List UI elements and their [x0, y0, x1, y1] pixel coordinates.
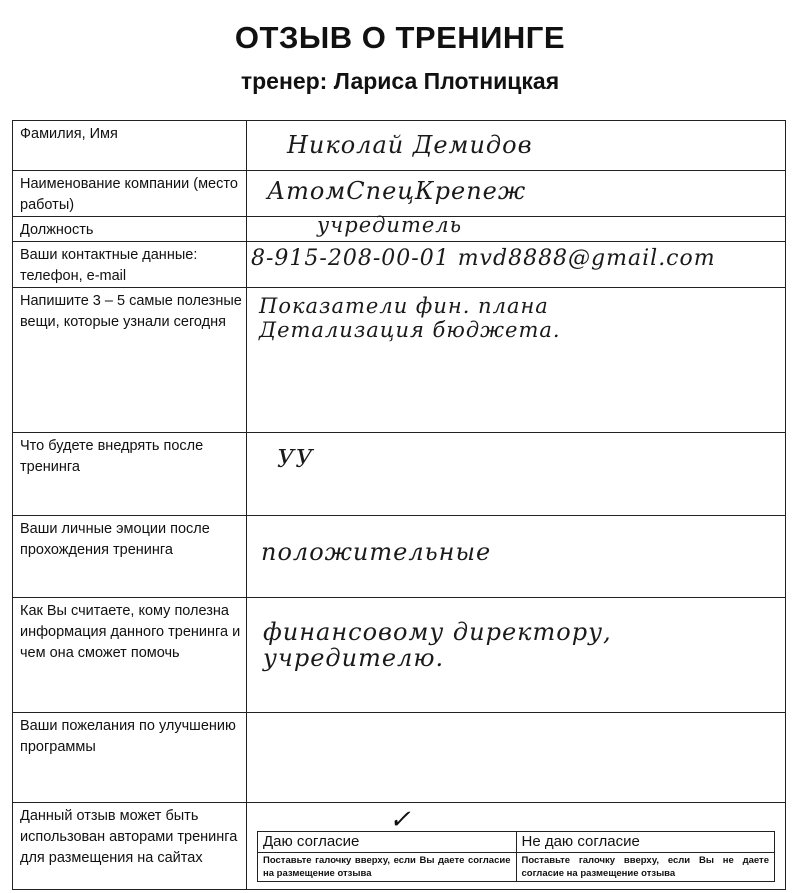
field-contacts[interactable]: 8-915-208-00-01 mvd8888@gmail.com: [247, 242, 786, 288]
answer-contacts: 8-915-208-00-01 mvd8888@gmail.com: [251, 246, 716, 271]
label-contacts: Ваши контактные данные: телефон, e-mail: [13, 242, 247, 288]
label-implement: Что будете внедрять после тренинга: [13, 433, 247, 516]
answer-useful-for-line2: учредителю.: [263, 644, 444, 672]
row-consent: Данный отзыв может быть использован авто…: [13, 803, 786, 890]
label-useful-for: Как Вы считаете, кому полезна информация…: [13, 598, 247, 713]
consent-disagree-option[interactable]: Не даю согласие: [516, 832, 775, 853]
field-company[interactable]: АтомСпецКрепеж: [247, 171, 786, 217]
answer-full-name: Николай Демидов: [287, 131, 533, 159]
answer-implement: УУ: [277, 445, 314, 473]
answer-useful-things-line1: Показатели фин. плана: [259, 294, 549, 318]
trainer-subtitle: тренер: Лариса Плотницкая: [0, 68, 800, 95]
label-company: Наименование компании (место работы): [13, 171, 247, 217]
answer-useful-for-line1: финансовому директору,: [263, 618, 612, 646]
consent-agree-option[interactable]: Даю согласие: [258, 832, 517, 853]
feedback-form-table: Фамилия, Имя Николай Демидов Наименовани…: [12, 120, 786, 890]
answer-company: АтомСпецКрепеж: [267, 177, 526, 205]
consent-agree-note: Поставьте галочку вверху, если Вы даете …: [258, 853, 517, 882]
row-useful-things: Напишите 3 – 5 самые полезные вещи, кото…: [13, 288, 786, 433]
row-suggestions: Ваши пожелания по улучшению программы: [13, 713, 786, 803]
field-emotions[interactable]: положительные: [247, 516, 786, 598]
field-useful-things[interactable]: Показатели фин. плана Детализация бюджет…: [247, 288, 786, 433]
field-full-name[interactable]: Николай Демидов: [247, 121, 786, 171]
field-implement[interactable]: УУ: [247, 433, 786, 516]
label-useful-things: Напишите 3 – 5 самые полезные вещи, кото…: [13, 288, 247, 433]
consent-disagree-note: Поставьте галочку вверху, если Вы не дае…: [516, 853, 775, 882]
form-title: ОТЗЫВ О ТРЕНИНГЕ: [0, 20, 800, 56]
row-full-name: Фамилия, Имя Николай Демидов: [13, 121, 786, 171]
field-useful-for[interactable]: финансовому директору, учредителю.: [247, 598, 786, 713]
row-contacts: Ваши контактные данные: телефон, e-mail …: [13, 242, 786, 288]
label-emotions: Ваши личные эмоции после прохождения тре…: [13, 516, 247, 598]
label-position: Должность: [13, 217, 247, 242]
row-useful-for: Как Вы считаете, кому полезна информация…: [13, 598, 786, 713]
label-consent: Данный отзыв может быть использован авто…: [13, 803, 247, 890]
label-full-name: Фамилия, Имя: [13, 121, 247, 171]
answer-useful-things-line2: Детализация бюджета.: [259, 318, 561, 342]
row-implement: Что будете внедрять после тренинга УУ: [13, 433, 786, 516]
row-company: Наименование компании (место работы) Ато…: [13, 171, 786, 217]
field-suggestions[interactable]: [247, 713, 786, 803]
label-suggestions: Ваши пожелания по улучшению программы: [13, 713, 247, 803]
answer-emotions: положительные: [261, 538, 491, 566]
consent-table: Даю согласие Не даю согласие Поставьте г…: [257, 831, 775, 882]
field-consent: ✓ Даю согласие Не даю согласие Поставьте…: [247, 803, 786, 890]
field-position[interactable]: учредитель: [247, 217, 786, 242]
row-emotions: Ваши личные эмоции после прохождения тре…: [13, 516, 786, 598]
row-position: Должность учредитель: [13, 217, 786, 242]
answer-position: учредитель: [317, 213, 462, 237]
